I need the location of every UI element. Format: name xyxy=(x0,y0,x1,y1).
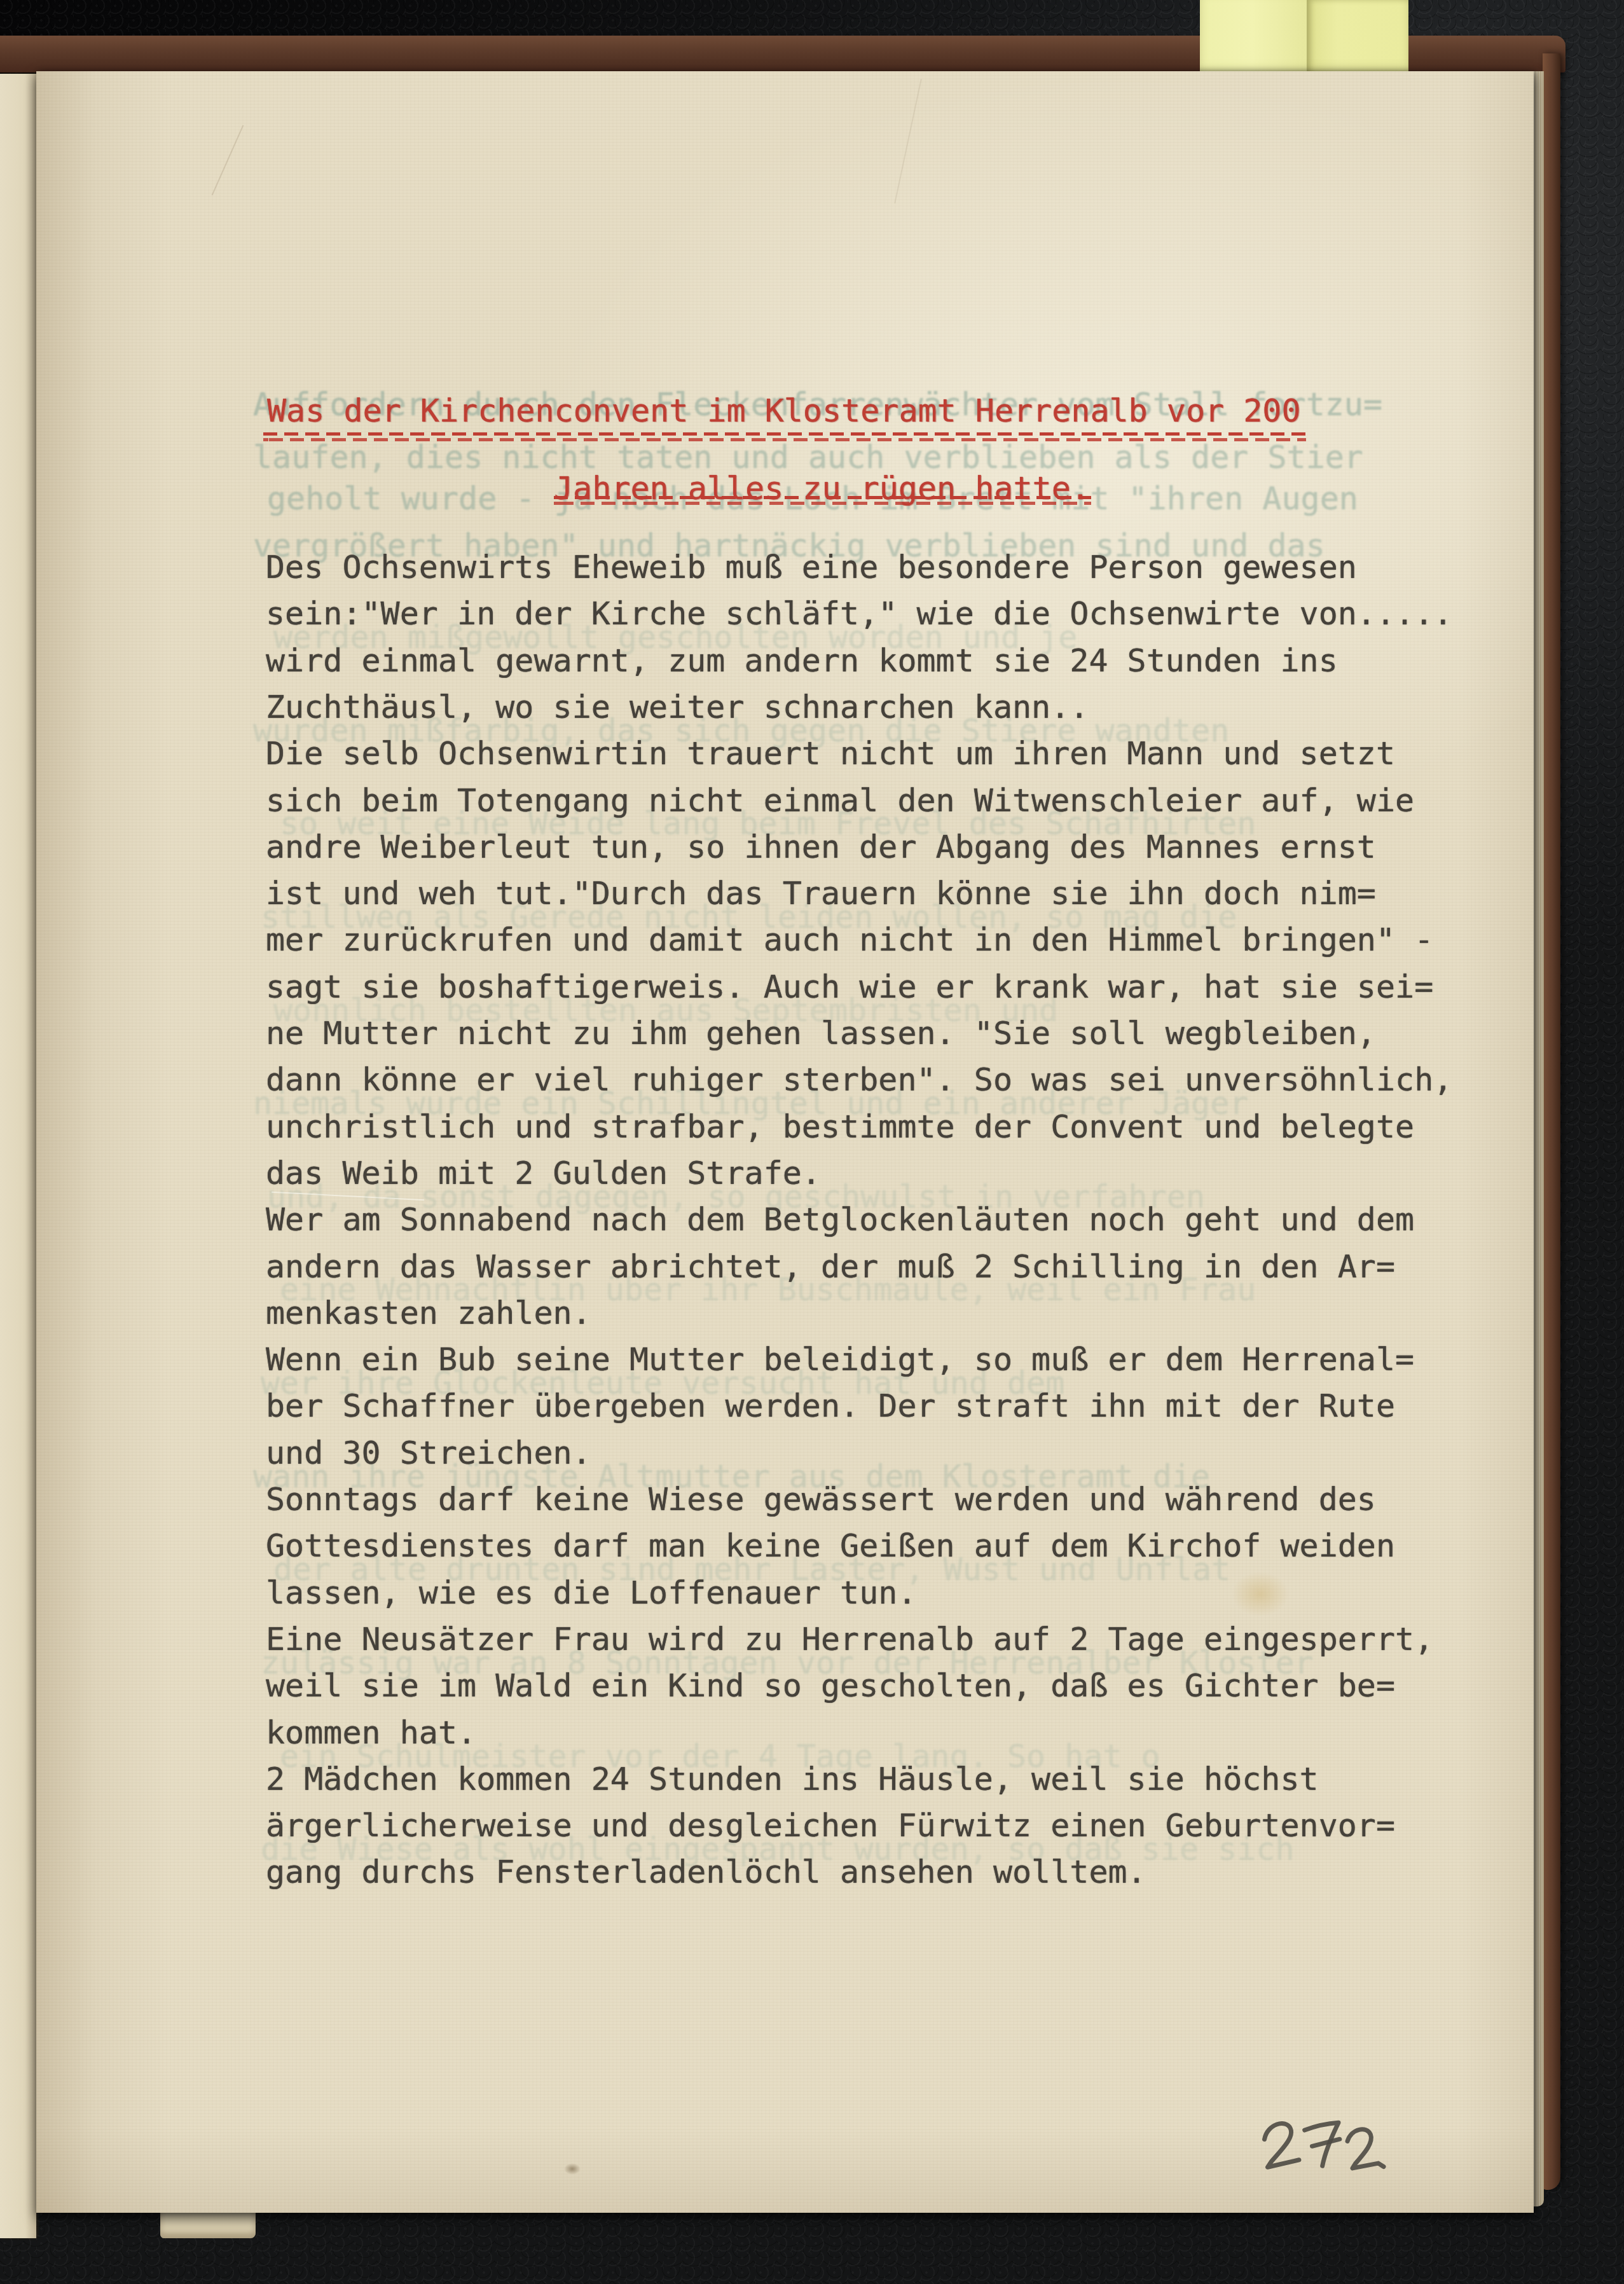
typed-line: ärgerlicherweise und desgleichen Fürwitz… xyxy=(266,1803,1395,1849)
typed-line: Wenn ein Bub seine Mutter beleidigt, so … xyxy=(266,1337,1414,1383)
typewritten-page: Auffordern durch den Fleckenfarrenwächte… xyxy=(36,71,1534,2213)
typed-line: Wer am Sonnabend nach dem Betglockenläut… xyxy=(266,1197,1414,1243)
book-cover-right-edge xyxy=(1543,53,1560,2190)
paper-stain xyxy=(1232,1572,1289,1616)
typed-line: und 30 Streichen. xyxy=(266,1430,591,1476)
typed-line: Eine Neusätzer Frau wird zu Herrenalb au… xyxy=(266,1616,1433,1663)
typed-line: andern das Wasser abrichtet, der muß 2 S… xyxy=(266,1244,1395,1290)
typed-line: menkasten zahlen. xyxy=(266,1290,591,1337)
sticky-note-tab-right xyxy=(1307,0,1408,75)
typed-line: Des Ochsenwirts Eheweib muß eine besonde… xyxy=(266,544,1357,591)
typed-line: Zuchthäusl, wo sie weiter schnarchen kan… xyxy=(266,684,1089,731)
typed-line: wird einmal gewarnt, zum andern kommt si… xyxy=(266,638,1338,684)
typed-line: Gottesdienstes darf man keine Geißen auf… xyxy=(266,1523,1395,1569)
typed-line: das Weib mit 2 Gulden Strafe. xyxy=(266,1150,821,1197)
typed-line: mer zurückrufen und damit auch nicht in … xyxy=(266,917,1433,963)
typed-line: gang durchs Fensterladenlöchl ansehen wo… xyxy=(266,1849,1146,1895)
typed-line: Die selb Ochsenwirtin trauert nicht um i… xyxy=(266,731,1395,777)
typed-line: sein:"Wer in der Kirche schläft," wie di… xyxy=(266,591,1452,637)
typed-line: sagt sie boshaftigerweis. Auch wie er kr… xyxy=(266,964,1433,1010)
typed-line: kommen hat. xyxy=(266,1710,476,1756)
previous-page-edge xyxy=(0,74,36,2238)
sticky-note-tab-left xyxy=(1200,0,1316,77)
paper-stain xyxy=(564,2163,581,2175)
typed-line: ber Schaffner übergeben werden. Der stra… xyxy=(266,1383,1395,1429)
typed-line: Sonntags darf keine Wiese gewässert werd… xyxy=(266,1476,1376,1523)
typed-line: lassen, wie es die Loffenauer tun. xyxy=(266,1570,917,1616)
title-underline-1 xyxy=(263,432,1306,441)
typed-line: andre Weiberleut tun, so ihnen der Abgan… xyxy=(266,824,1376,870)
page-title-line-1: Was der Kirchenconvent im Klosteramt Her… xyxy=(267,388,1301,434)
typed-line: weil sie im Wald ein Kind so gescholten,… xyxy=(266,1663,1395,1709)
paper-crease xyxy=(212,125,244,195)
typed-line: sich beim Totengang nicht einmal den Wit… xyxy=(266,778,1414,824)
paper-crease xyxy=(894,79,922,203)
digit-2-stroke xyxy=(1263,2122,1300,2167)
typed-line: unchristlich und strafbar, bestimmte der… xyxy=(266,1104,1414,1150)
digit-7-crossbar-stroke xyxy=(1312,2139,1340,2146)
typed-line: ist und weh tut."Durch das Trauern könne… xyxy=(266,870,1376,917)
typed-line: dann könne er viel ruhiger sterben". So … xyxy=(266,1057,1452,1103)
page-title-line-2: Jahren alles zu rügen hatte. xyxy=(554,465,1090,512)
digit-2-stroke xyxy=(1347,2128,1384,2170)
paper-tab-bottom xyxy=(160,2209,256,2238)
title-underline-2 xyxy=(554,496,1091,505)
handwritten-page-number xyxy=(1244,2101,1403,2200)
typed-line: 2 Mädchen kommen 24 Stunden ins Häusle, … xyxy=(266,1756,1319,1803)
typed-line: ne Mutter nicht zu ihm gehen lassen. "Si… xyxy=(266,1010,1376,1057)
